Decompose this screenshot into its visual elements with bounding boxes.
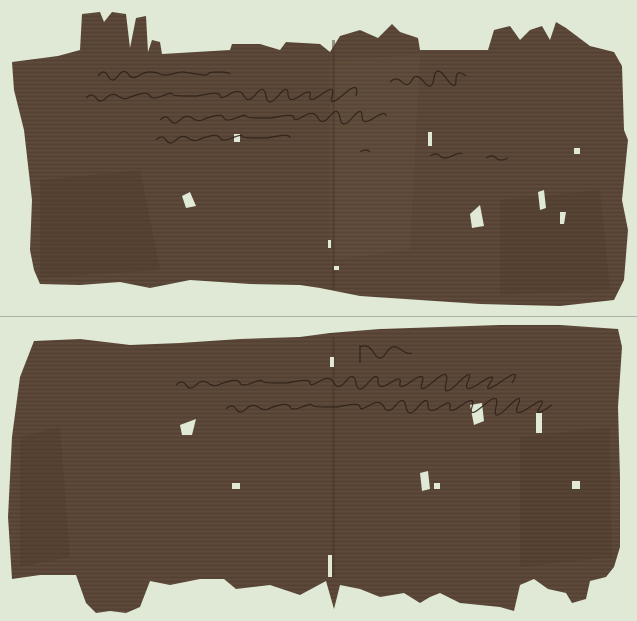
papyrus-recto-fragment — [0, 0, 637, 316]
papyrus-recto-panel: recto — [0, 0, 637, 316]
papyrus-verso-fragment — [0, 317, 637, 621]
papyrus-verso-panel: verso — [0, 317, 637, 621]
